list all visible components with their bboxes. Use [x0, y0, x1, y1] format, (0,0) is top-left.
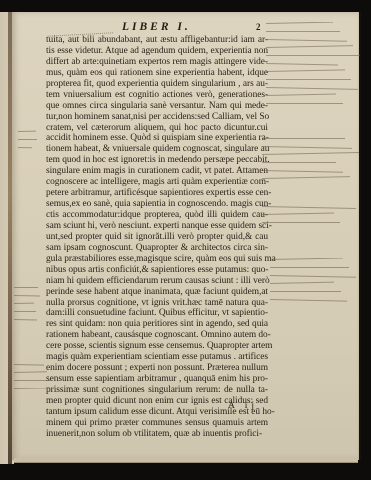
handwriting-stroke	[262, 205, 356, 209]
handwriting-stroke	[262, 145, 352, 149]
body-text: tuita, aut bili abundabant, aut æstu aff…	[46, 35, 268, 440]
handwriting-stroke	[266, 68, 345, 72]
handwriting-stroke	[262, 175, 350, 179]
text-line: cratem, vel cæterorum aliquem, qui hoc p…	[46, 123, 268, 134]
page-stack-edge	[14, 458, 358, 463]
handwriting-stroke	[270, 258, 343, 260]
handwriting-stroke	[266, 62, 338, 66]
text-line: tis esse videtur. Atque ad agendum quide…	[46, 46, 268, 57]
text-line: prissimæ sunt cognitiones singularium re…	[46, 385, 268, 396]
handwriting-stroke	[14, 310, 36, 312]
marginal-note-right-lower-middle	[262, 205, 360, 227]
text-line: semus,ex eo sanè, quia sapientia in cogn…	[46, 199, 268, 210]
handwriting-stroke	[266, 86, 358, 90]
handwriting-stroke	[14, 286, 38, 288]
text-line: nibus opus artis conficiút,& sapientiore…	[46, 265, 268, 276]
handwriting-stroke	[270, 274, 356, 278]
text-line: que omnes circa singularia sanè versantu…	[46, 101, 268, 112]
text-line: niam hi quidem efficiendarum rerum causa…	[46, 276, 268, 287]
text-line: sam ipsam cognoscunt. Quapropter & archi…	[46, 243, 268, 254]
marginal-note-right-middle	[262, 137, 362, 185]
text-line: tem vniuersalium est cognitio actiones v…	[46, 90, 268, 101]
handwriting-stroke	[14, 302, 34, 304]
text-line: cognoscere ac intelligere, magis arti qu…	[46, 177, 268, 188]
text-line: magis quàm experientiam scientiam esse p…	[46, 352, 268, 363]
marginal-note-right-lower	[270, 258, 362, 306]
text-line: differt ab arte:quinetiam expertos rem m…	[46, 57, 268, 68]
text-line: propterea fit, quod experientia quidem s…	[46, 79, 268, 90]
handwriting-stroke	[266, 38, 347, 42]
marginal-note-left-bottom	[14, 363, 54, 389]
handwriting-stroke	[270, 298, 347, 302]
handwriting-stroke	[14, 387, 52, 389]
text-line: nulla prorsus cognitione, vt ignis vrit.…	[46, 298, 268, 309]
marginal-note-left	[14, 286, 40, 326]
running-title: LIBER I.	[122, 21, 191, 33]
folio-number: 2	[256, 22, 261, 32]
handwriting-stroke	[266, 54, 360, 56]
handwriting-stroke	[266, 93, 336, 96]
handwriting-stroke	[266, 44, 353, 48]
handwriting-stroke	[262, 221, 340, 223]
text-line: tionem habeat, & vniuersale quidem cogno…	[46, 144, 268, 155]
text-line: res sint quidam: non quia peritiores sin…	[46, 319, 268, 330]
handwriting-stroke	[262, 151, 359, 155]
handwriting-stroke	[14, 294, 40, 297]
text-line: inuenerit,non solum ob vtilitatem, quæ a…	[46, 429, 268, 440]
marginal-note-right-top	[266, 22, 362, 108]
text-line: rationem habeant, causásque cognoscant. …	[46, 330, 268, 341]
text-line: accidit hominem esse. Quòd si quispiam s…	[46, 133, 268, 144]
handwriting-stroke	[18, 146, 32, 148]
handwriting-stroke	[270, 290, 341, 292]
handwriting-stroke	[262, 212, 334, 215]
text-line: enim docere possunt ; experti non possun…	[46, 363, 268, 374]
handwriting-stroke	[266, 22, 333, 24]
text-line: petere arbitramur, artificésque sapienti…	[46, 188, 268, 199]
handwriting-stroke	[14, 370, 47, 373]
handwriting-stroke	[266, 78, 351, 80]
text-line: sam sciunt hi, verò nesciunt. experti na…	[46, 221, 268, 232]
handwriting-stroke	[266, 30, 340, 32]
handwriting-stroke	[270, 281, 334, 284]
handwriting-stroke	[262, 137, 345, 139]
text-line: tur,non hominem sanat,nisi per accidens:…	[46, 112, 268, 123]
text-line: sensum esse sapientiam arbitramur , quan…	[46, 374, 268, 385]
handwriting-stroke	[262, 161, 336, 163]
handwriting-stroke	[18, 138, 37, 140]
text-line: minem qui primo præter communes sensus q…	[46, 418, 268, 429]
handwriting-stroke	[266, 102, 343, 104]
handwriting-stroke	[270, 266, 349, 268]
text-line: unt,sed propter quid sit ignorăt.illi ve…	[46, 232, 268, 243]
marginal-note-left-top	[18, 130, 38, 160]
scanned-page: LIBER I. 2 tuita, aut bili abundabant, a…	[0, 0, 371, 480]
handwriting-stroke	[262, 169, 343, 173]
handwriting-stroke	[18, 130, 36, 132]
text-line: dam:illi consuetudine faciunt. Quibus ef…	[46, 308, 268, 319]
text-line: cere posse, scientis signum esse censemu…	[46, 341, 268, 352]
text-line: ctis accommodatur:idque propterea, quòd …	[46, 210, 268, 221]
text-line: perinde sese habent atque inanimata, quæ…	[46, 287, 268, 298]
handwriting-stroke	[14, 379, 50, 381]
binding-gutter	[8, 12, 12, 464]
text-line: tem quod in hoc est ignoret:is in medend…	[46, 155, 268, 166]
signature-mark: A ij	[228, 401, 258, 411]
text-line: singulare enim magis in curationem cadit…	[46, 166, 268, 177]
handwriting-stroke	[14, 363, 44, 366]
handwriting-stroke	[14, 318, 37, 320]
text-line: gula præstabiliores esse,magisque scire,…	[46, 254, 268, 265]
text-line: mus, quàm eos qui rationem sine experien…	[46, 68, 268, 79]
text-line: tuita, aut bili abundabant, aut æstu aff…	[46, 35, 268, 46]
